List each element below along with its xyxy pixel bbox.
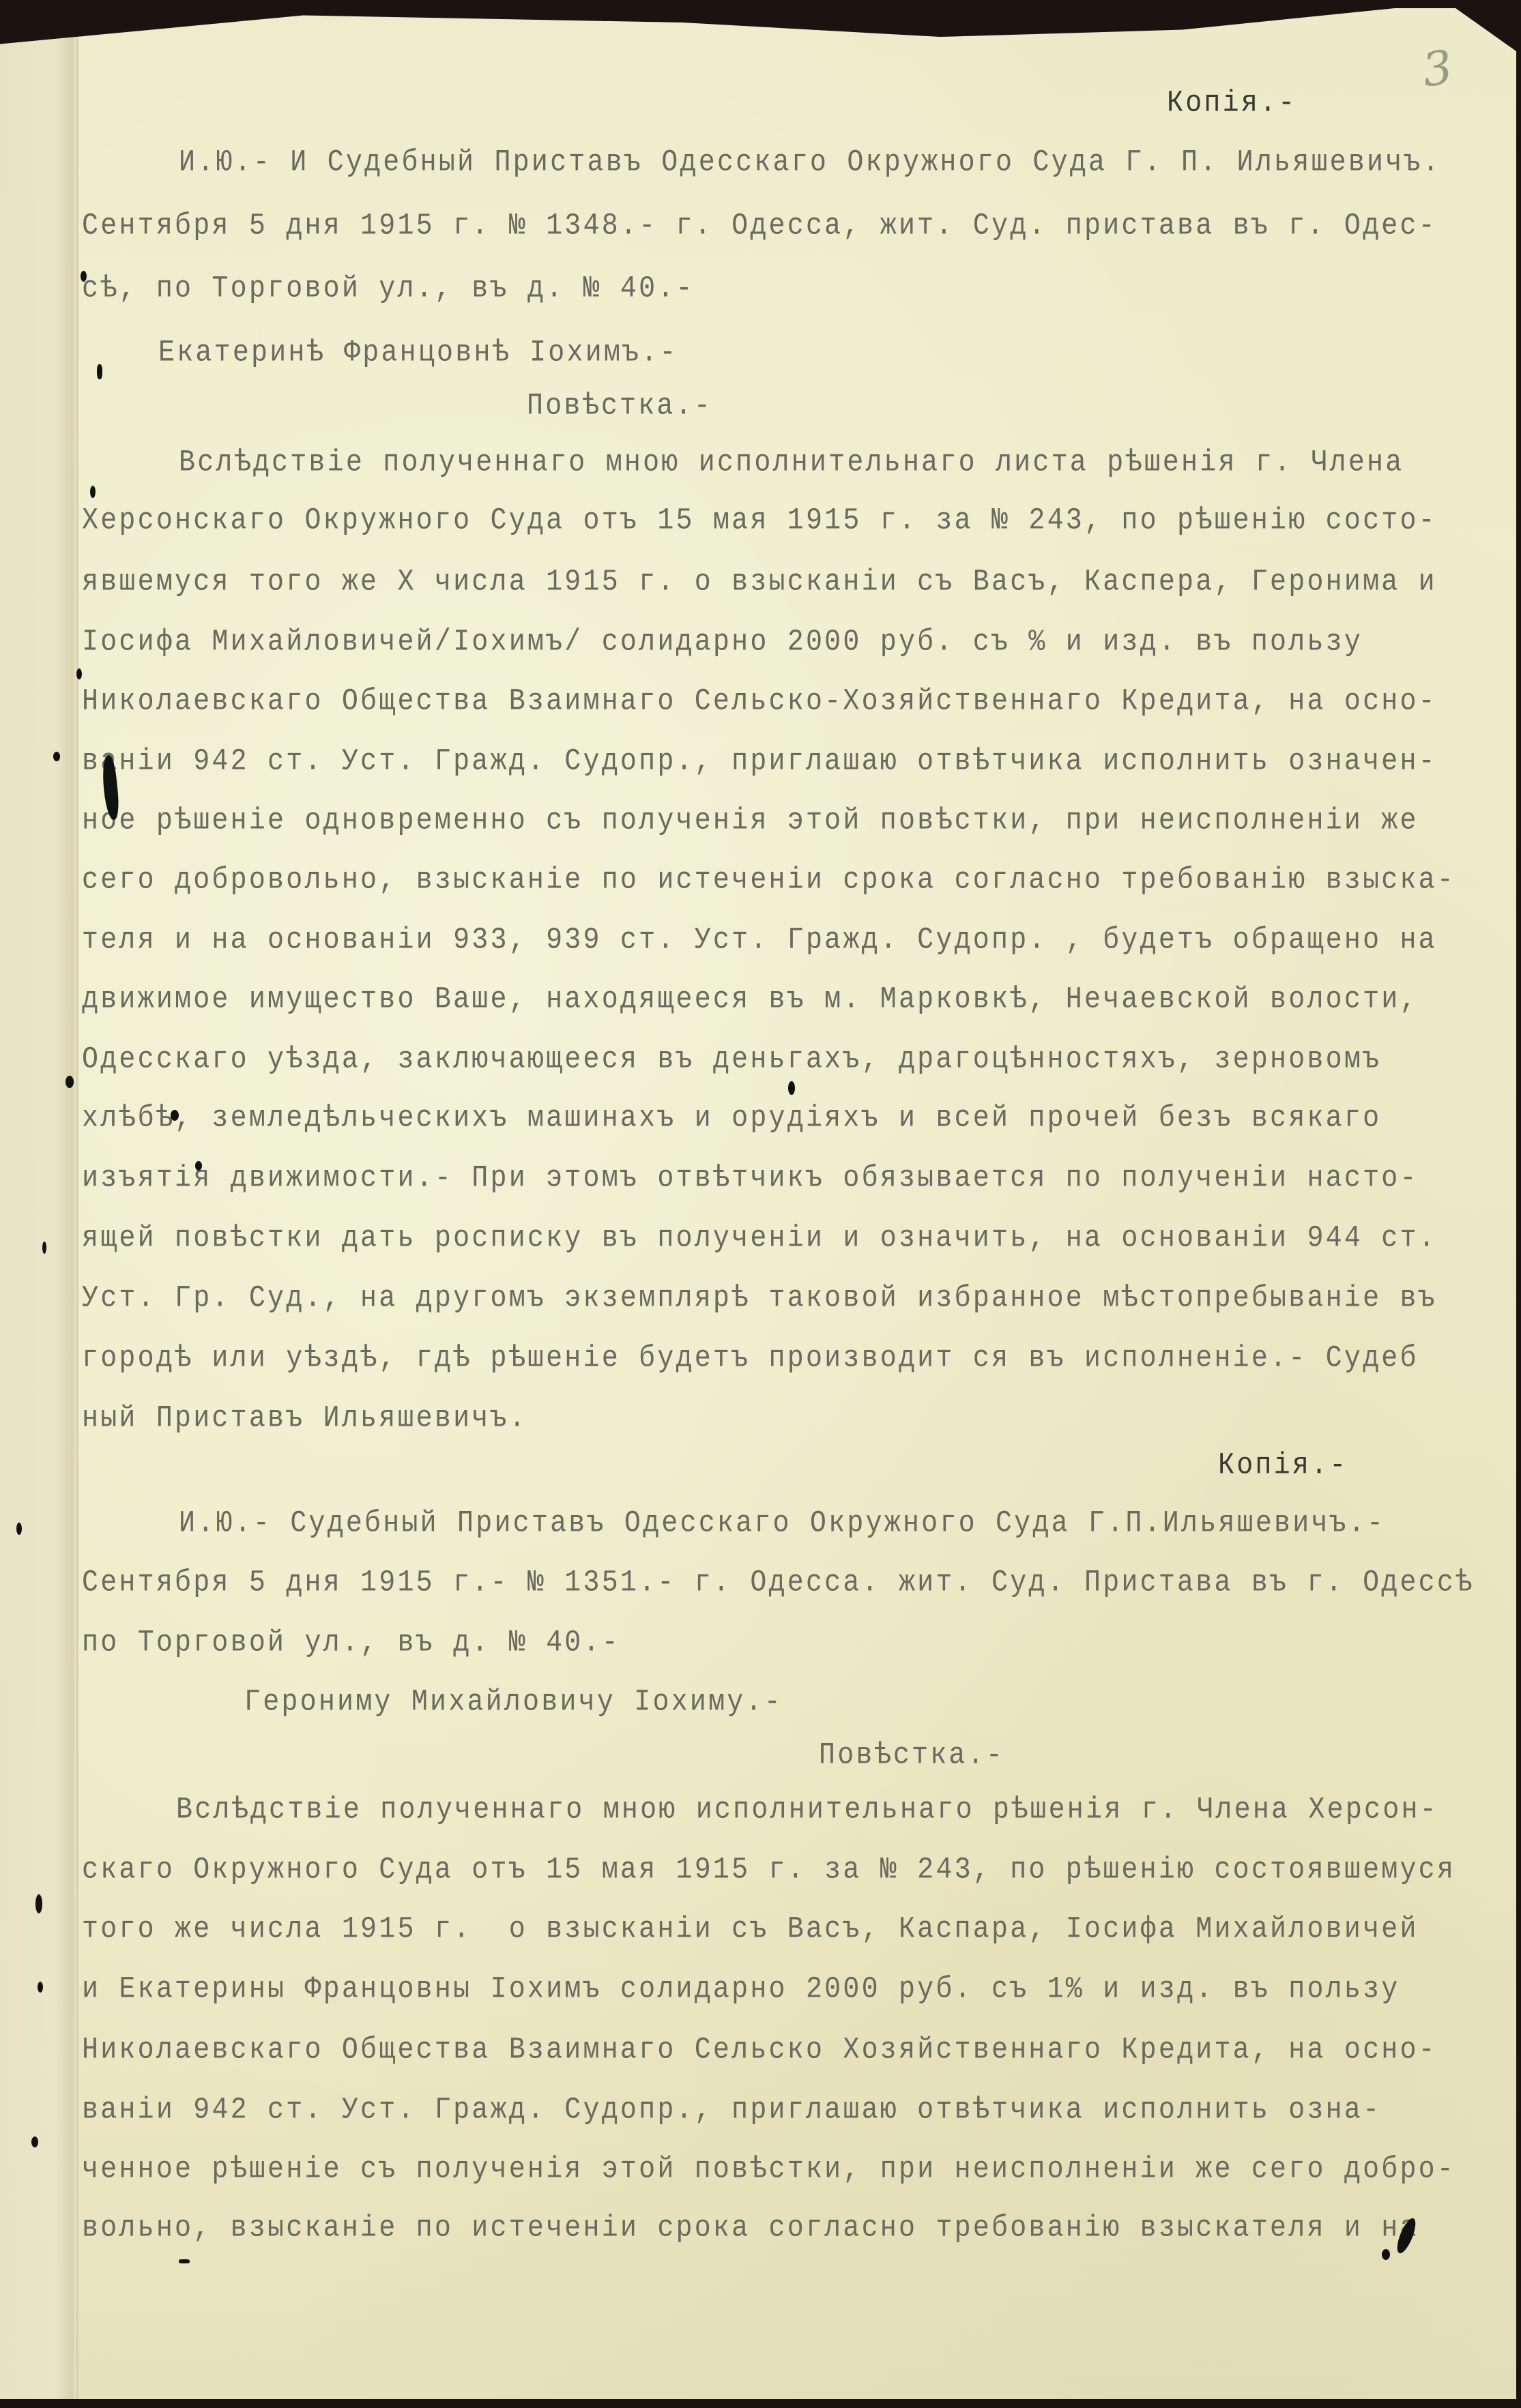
section-1-body-line: ваніи 942 ст. Уст. Гражд. Судопр., пригл… — [82, 747, 1437, 778]
section-2-body-line: Николаевскаго Общества Взаимнаго Сельско… — [82, 2036, 1437, 2066]
section-1-body-line: Вслѣдствіе полученнаго мною исполнительн… — [179, 448, 1404, 479]
ink-spot — [179, 2259, 190, 2263]
section-1-body-line: явшемуся того же X числа 1915 г. о взыск… — [82, 568, 1437, 598]
section-2-body-line: Вслѣдствіе полученнаго мною исполнительн… — [176, 1795, 1438, 1826]
section-1-body-line: городѣ или уѣздѣ, гдѣ рѣшеніе будетъ про… — [82, 1344, 1419, 1375]
section-2-body-line: скаго Окружного Суда отъ 15 мая 1915 г. … — [82, 1855, 1455, 1886]
section-1-header-line-1: И.Ю.- И Судебный Приставъ Одесскаго Окру… — [179, 148, 1441, 179]
ink-spot — [788, 1081, 795, 1095]
ink-spot — [195, 1161, 202, 1171]
section-1-title: Повѣстка.- — [527, 392, 712, 422]
ink-spot — [90, 486, 96, 498]
ink-spot — [35, 1894, 42, 1913]
ink-spot — [81, 271, 87, 282]
fold-crease — [76, 8, 78, 2399]
section-1-body-line: хлѣбѣ, земледѣльческихъ машинахъ и оруді… — [82, 1104, 1381, 1134]
section-1-body-line: Уст. Гр. Суд., на другомъ экземплярѣ так… — [82, 1284, 1437, 1315]
ink-spot — [171, 1110, 179, 1121]
ink-spot — [16, 1523, 22, 1535]
section-2-header-line-3: по Торговой ул., въ д. № 40.- — [82, 1628, 620, 1659]
section-1-body-line: ящей повѣстки дать росписку въ полученіи… — [82, 1224, 1437, 1254]
section-1-heading: Копія.- — [1167, 89, 1297, 119]
section-2-header-line-1: И.Ю.- Судебный Приставъ Одесскаго Окружн… — [179, 1509, 1385, 1540]
section-2-body-line: вольно, взысканіе по истеченіи срока сог… — [82, 2214, 1419, 2244]
section-2-body-line: того же числа 1915 г. о взысканіи съ Вас… — [82, 1915, 1419, 1946]
section-2-body-line: ваніи 942 ст. Уст. Гражд. Судопр., пригл… — [82, 2096, 1381, 2126]
section-1-body-line: теля и на основаніи 933, 939 ст. Уст. Гр… — [82, 926, 1437, 956]
ink-spot — [31, 2137, 38, 2147]
section-1-body-line: Николаевскаго Общества Взаимнаго Сельско… — [82, 687, 1437, 718]
document-page: 3 Копія.- И.Ю.- И Судебный Приставъ Одес… — [0, 8, 1516, 2399]
section-2-body-line: и Екатерины Францовны Іохимъ солидарно 2… — [82, 1975, 1400, 2006]
section-1-body-line: изъятія движимости.- При этомъ отвѣтчикъ… — [82, 1164, 1419, 1194]
section-2-title: Повѣстка.- — [819, 1741, 1004, 1772]
section-1-addressee: Екатеринѣ Францовнѣ Іохимъ.- — [158, 338, 678, 369]
section-2-addressee: Герониму Михайловичу Іохиму.- — [244, 1688, 783, 1718]
section-1-body-line: Одесскаго уѣзда, заключающееся въ деньга… — [82, 1045, 1381, 1076]
ink-spot — [38, 1982, 43, 1993]
ink-spot — [66, 1076, 74, 1088]
ink-spot — [53, 752, 60, 761]
section-2-heading: Копія.- — [1218, 1451, 1348, 1482]
ink-spot — [42, 1242, 46, 1254]
section-2-body-line: ченное рѣшеніе съ полученія этой повѣстк… — [82, 2155, 1455, 2186]
ink-spot — [76, 669, 82, 679]
handwritten-page-number: 3 — [1419, 40, 1456, 98]
ink-spot — [97, 364, 102, 379]
section-1-header-line-2: Сентября 5 дня 1915 г. № 1348.- г. Одесс… — [82, 211, 1437, 242]
section-1-body-line: сего добровольно, взысканіе по истеченіи… — [82, 866, 1455, 896]
section-1-header-line-3: сѣ, по Торговой ул., въ д. № 40.- — [82, 274, 695, 305]
section-1-body-line: ный Приставъ Ильяшевичъ. — [82, 1404, 527, 1435]
left-fold-margin — [0, 8, 78, 2399]
section-1-body-line: ное рѣшеніе одновременно съ полученія эт… — [82, 806, 1419, 837]
paper-hole — [1382, 2249, 1390, 2260]
section-1-body-line: Херсонскаго Окружного Суда отъ 15 мая 19… — [82, 506, 1437, 537]
section-2-header-line-2: Сентября 5 дня 1915 г.- № 1351.- г. Одес… — [82, 1568, 1474, 1599]
section-1-body-line: Іосифа Михайловичей/Іохимъ/ солидарно 20… — [82, 628, 1363, 658]
section-1-body-line: движимое имущество Ваше, находящееся въ … — [82, 985, 1419, 1016]
